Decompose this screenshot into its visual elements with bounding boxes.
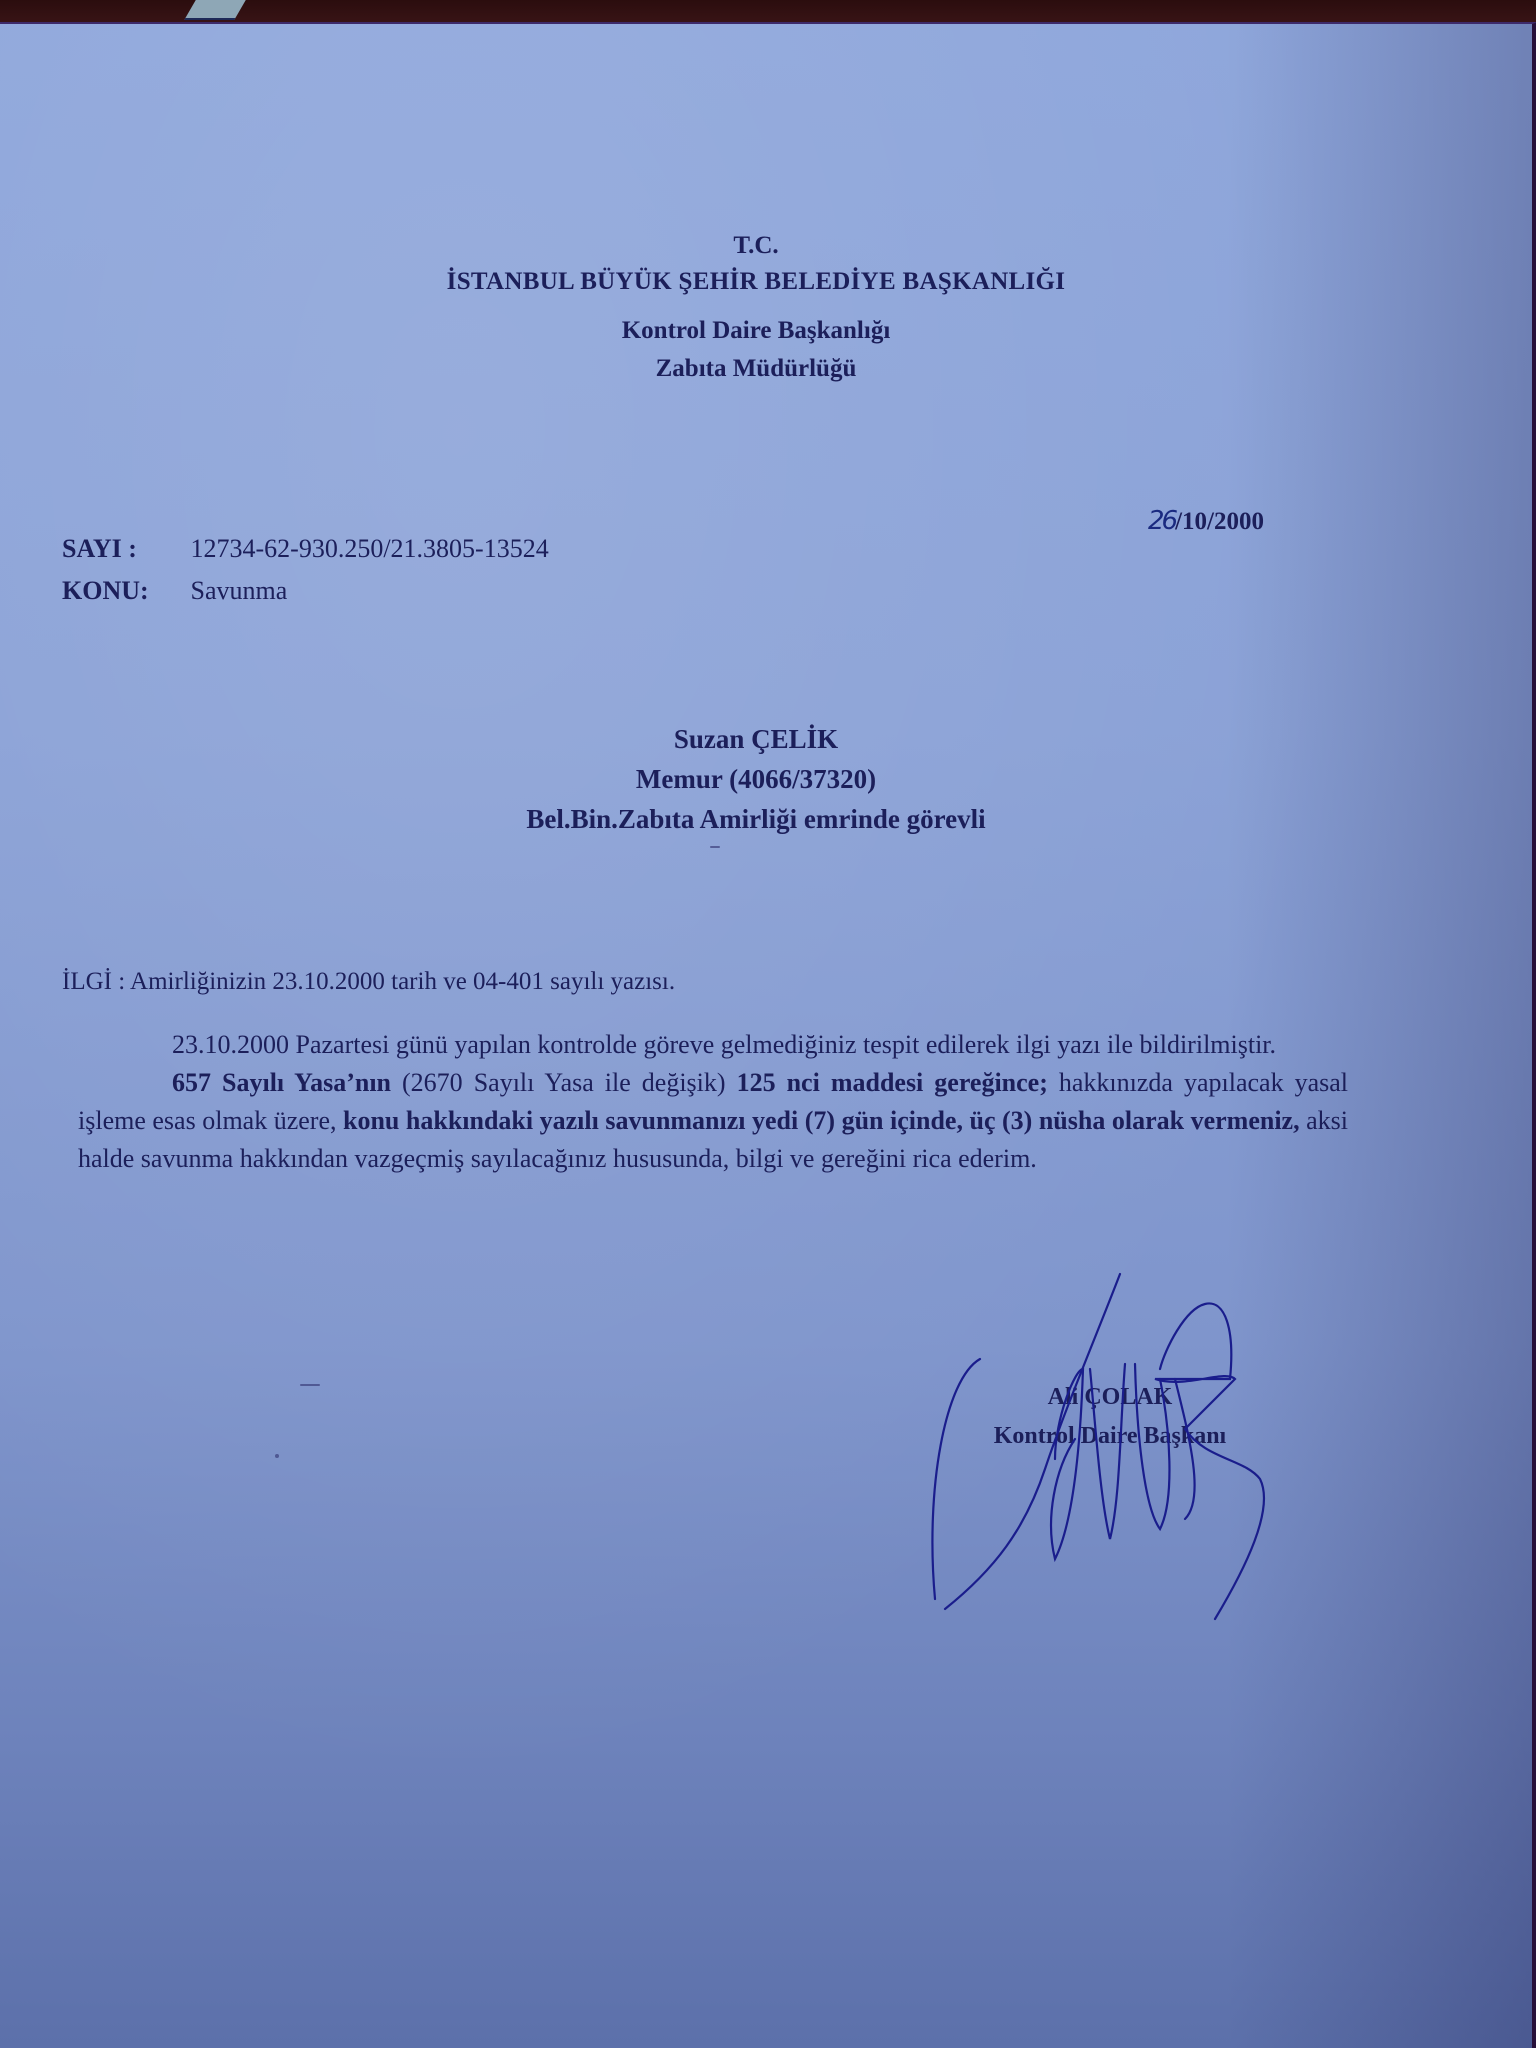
reference-line: İLGİ : Amirliğinizin 23.10.2000 tarih ve…	[62, 968, 675, 996]
reference-number-row: SAYI : 12734-62-930.250/21.3805-13524	[62, 534, 549, 564]
addressee-name: Suzan ÇELİK	[0, 724, 1512, 755]
body-paragraph-2: 657 Sayılı Yasa’nın (2670 Sayılı Yasa il…	[78, 1064, 1348, 1178]
header-department: Kontrol Daire Başkanlığı	[0, 317, 1512, 345]
addressee-title: Memur (4066/37320)	[0, 764, 1512, 795]
printed-date: /10/2000	[1175, 508, 1264, 535]
document-page: T.C. İSTANBUL BÜYÜK ŞEHİR BELEDİYE BAŞKA…	[0, 22, 1536, 2048]
konu-value: Savunma	[191, 576, 288, 605]
addressee-unit: Bel.Bin.Zabıta Amirliği emrinde görevli	[0, 804, 1512, 835]
ink-mark	[275, 1454, 279, 1458]
sayi-label: SAYI :	[62, 534, 184, 564]
ink-mark	[710, 846, 720, 848]
article-reference: 125 nci maddesi gereğince;	[737, 1068, 1048, 1097]
konu-label: KONU:	[62, 576, 184, 606]
law-amendment: (2670 Sayılı Yasa ile değişik)	[391, 1068, 737, 1097]
header-municipality: İSTANBUL BÜYÜK ŞEHİR BELEDİYE BAŞKANLIĞI	[0, 268, 1512, 296]
law-reference: 657 Sayılı Yasa’nın	[172, 1068, 391, 1097]
handwritten-day: 26	[1148, 506, 1175, 536]
letter-body: 23.10.2000 Pazartesi günü yapılan kontro…	[78, 1026, 1348, 1178]
document-date: 26/10/2000	[1148, 506, 1264, 536]
handwritten-signature-icon	[905, 1269, 1285, 1629]
body-paragraph-1: 23.10.2000 Pazartesi günü yapılan kontro…	[78, 1026, 1348, 1064]
header-tc: T.C.	[0, 232, 1512, 260]
header-directorate: Zabıta Müdürlüğü	[0, 355, 1512, 383]
defense-request: konu hakkındaki yazılı savunmanızı yedi …	[343, 1106, 1300, 1135]
ink-mark	[300, 1384, 320, 1386]
ilgi-label: İLGİ :	[62, 968, 125, 995]
sayi-value: 12734-62-930.250/21.3805-13524	[191, 534, 549, 563]
ilgi-text: Amirliğinizin 23.10.2000 tarih ve 04-401…	[130, 968, 675, 995]
subject-row: KONU: Savunma	[62, 576, 287, 606]
